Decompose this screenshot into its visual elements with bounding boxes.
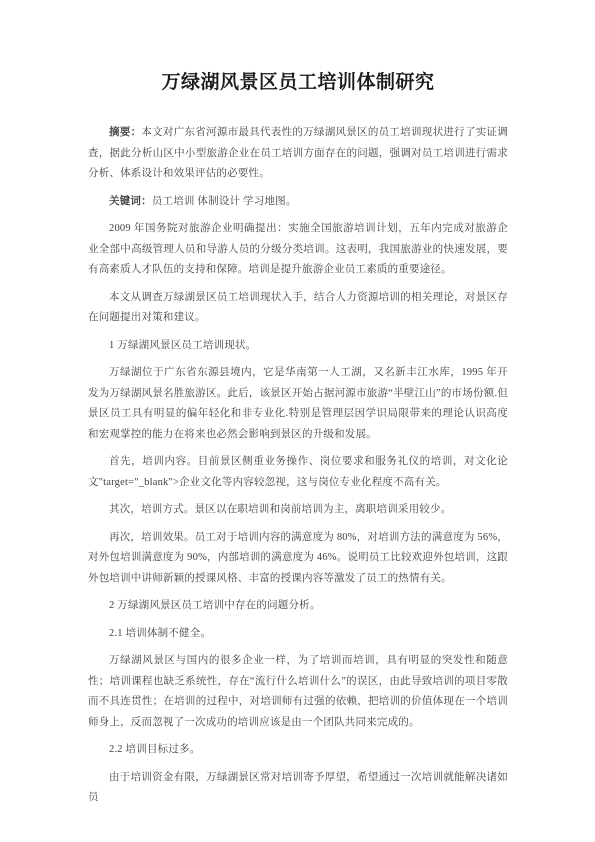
abstract-text: 本文对广东省河源市最具代表性的万绿湖风景区的员工培训现状进行了实证调查，据此分析… bbox=[88, 127, 508, 179]
document-page: 万绿湖风景区员工培训体制研究 摘要：本文对广东省河源市最具代表性的万绿湖风景区的… bbox=[0, 0, 595, 842]
keywords-paragraph: 关键词：员工培训 体制设计 学习地图。 bbox=[88, 192, 508, 213]
section-heading-2: 2 万绿湖风景区员工培训中存在的问题分析。 bbox=[88, 596, 508, 617]
body-paragraph-training-effect: 再次，培训效果。员工对于培训内容的满意度为 80%，对培训方法的满意度为 56%… bbox=[88, 528, 508, 590]
body-paragraph-goal-problem: 由于培训资金有限，万绿湖景区常对培训寄予厚望，希望通过一次培训就能解决诸如员 bbox=[88, 768, 508, 809]
body-paragraph-system-problem: 万绿湖风景区与国内的很多企业一样，为了培训而培训，具有明显的突发性和随意性；培训… bbox=[88, 651, 508, 733]
section-heading-1: 1 万绿湖风景区员工培训现状。 bbox=[88, 336, 508, 357]
body-paragraph-training-method: 其次，培训方式。景区以在职培训和岗前培训为主，离职培训采用较少。 bbox=[88, 500, 508, 521]
abstract-label: 摘要： bbox=[109, 127, 141, 138]
document-title: 万绿湖风景区员工培训体制研究 bbox=[88, 70, 508, 96]
body-paragraph-purpose: 本文从调查万绿湖景区员工培训现状入手，结合人力资源培训的相关理论，对景区存在问题… bbox=[88, 288, 508, 329]
keywords-text: 员工培训 体制设计 学习地图。 bbox=[152, 196, 297, 207]
section-heading-2-2: 2.2 培训目标过多。 bbox=[88, 740, 508, 761]
body-paragraph-overview: 万绿湖位于广东省东源县境内，它是华南第一人工湖，又名新丰江水库，1995 年开发… bbox=[88, 363, 508, 445]
abstract-paragraph: 摘要：本文对广东省河源市最具代表性的万绿湖风景区的员工培训现状进行了实证调查，据… bbox=[88, 123, 508, 185]
body-paragraph-intro: 2009 年国务院对旅游企业明确提出：实施全国旅游培训计划，五年内完成对旅游企业… bbox=[88, 219, 508, 281]
body-paragraph-training-content: 首先，培训内容。目前景区侧重业务操作、岗位要求和服务礼仪的培训，对文化论文"ta… bbox=[88, 452, 508, 493]
section-heading-2-1: 2.1 培训体制不健全。 bbox=[88, 624, 508, 645]
keywords-label: 关键词： bbox=[109, 196, 152, 207]
